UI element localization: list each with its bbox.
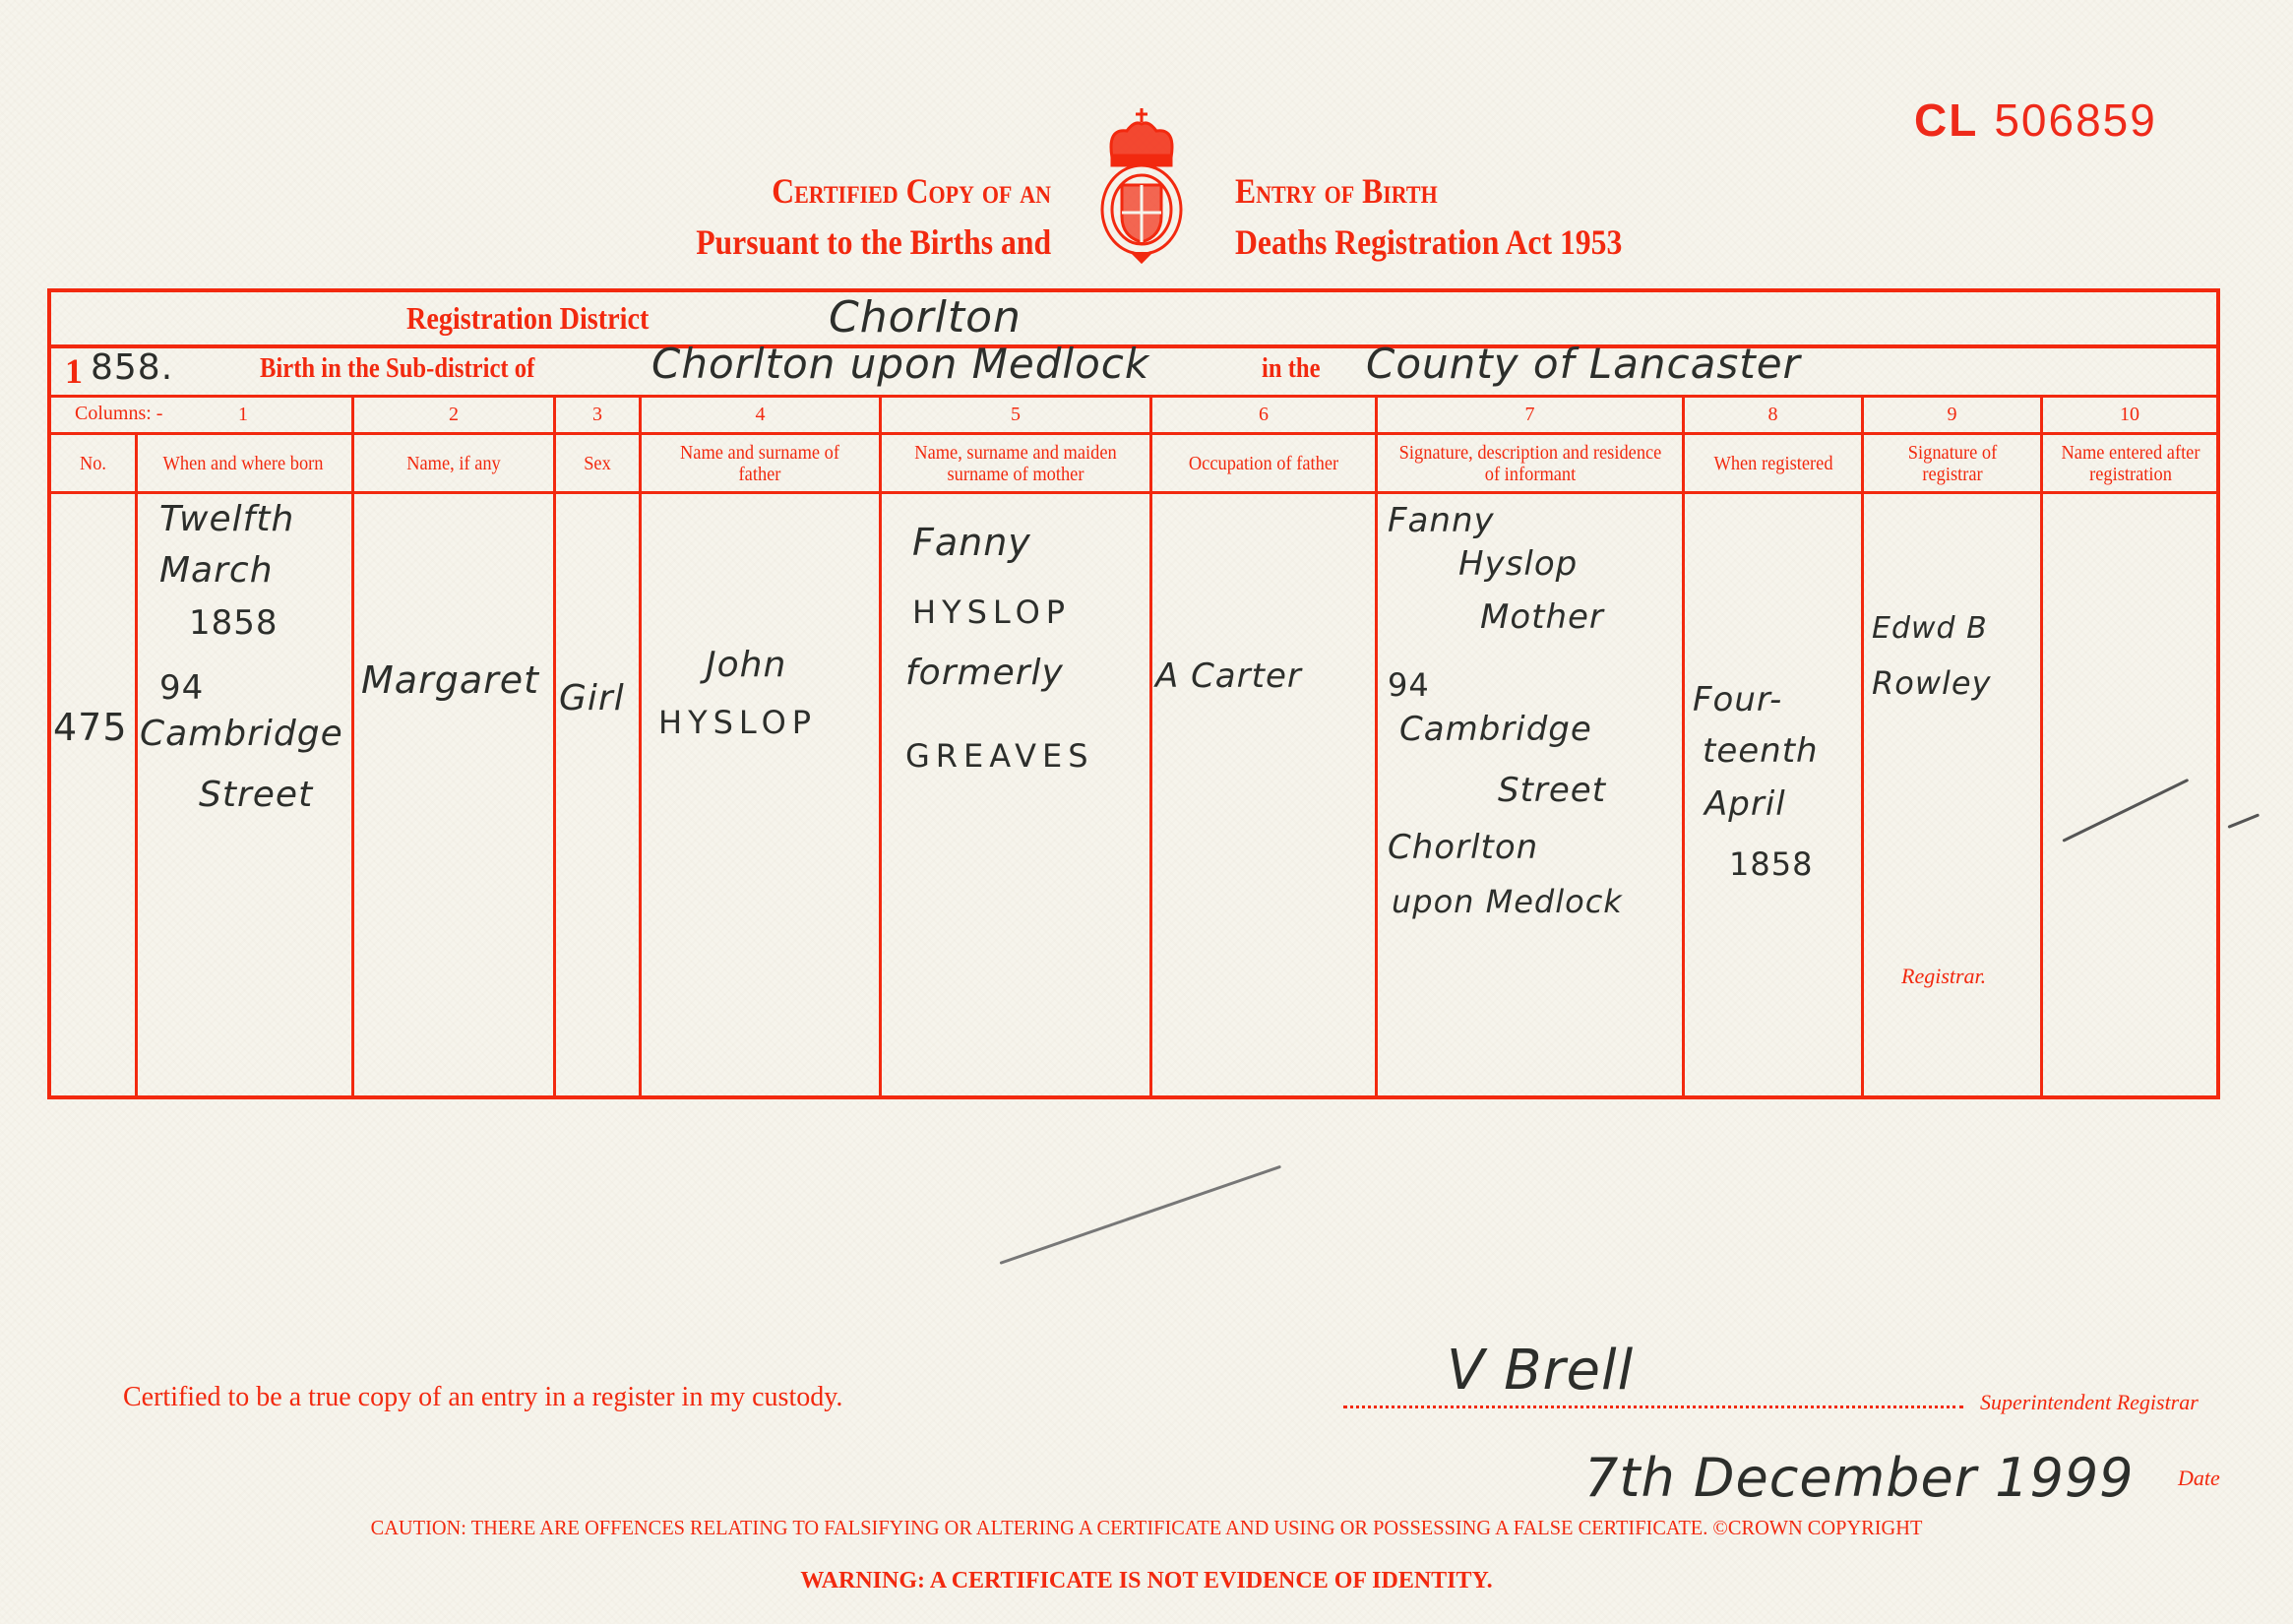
header-no: No. xyxy=(54,435,131,491)
certificate-serial-number: CL506859 xyxy=(1914,94,2157,147)
column-number-7: 7 xyxy=(1378,398,1682,432)
year-prefix: 1 xyxy=(65,350,83,392)
registration-district-value: Chorlton xyxy=(829,292,1022,343)
registration-district-label: Registration District xyxy=(406,300,649,337)
serial-number: 506859 xyxy=(1994,94,2157,146)
caution-notice: CAUTION: THERE ARE OFFENCES RELATING TO … xyxy=(34,1516,2259,1540)
superintendent-signature: V Brell xyxy=(1447,1339,1634,1403)
column-number-2: 2 xyxy=(354,398,553,432)
year-handwritten: 858. xyxy=(91,347,173,388)
registrar-label: Registrar. xyxy=(1901,964,1986,989)
header-name: Name, if any xyxy=(362,435,545,491)
header-registrar-signature: Signature of registrar xyxy=(1890,435,2016,491)
header-sex: Sex xyxy=(559,435,635,491)
title-right-line1: Entry of Birth xyxy=(1235,165,1622,217)
header-name-after-registration: Name entered after registration xyxy=(2056,435,2206,491)
column-number-5: 5 xyxy=(882,398,1149,432)
title-left: Certified Copy of an Pursuant to the Bir… xyxy=(696,165,1051,268)
header-when-registered: When registered xyxy=(1710,435,1837,491)
entry-sex: Girl xyxy=(559,678,625,718)
entry-occupation: A Carter xyxy=(1155,656,1302,696)
header-occupation: Occupation of father xyxy=(1161,435,1366,491)
column-number-9: 9 xyxy=(1864,398,2040,432)
county-label: in the xyxy=(1262,353,1321,385)
cancellation-stroke xyxy=(2227,813,2260,829)
subdistrict-label: Birth in the Sub-district of xyxy=(260,353,534,385)
serial-prefix: CL xyxy=(1914,94,1978,146)
column-number-1: 1 xyxy=(135,398,351,432)
register-entry-table: Registration District Chorlton 1 858. Bi… xyxy=(47,288,2220,1099)
column-number-10: 10 xyxy=(2043,398,2216,432)
superintendent-registrar-label: Superintendent Registrar xyxy=(1980,1390,2199,1415)
column-number-4: 4 xyxy=(642,398,879,432)
header-father: Name and surname of father xyxy=(669,435,850,491)
title-right-line2: Deaths Registration Act 1953 xyxy=(1235,217,1622,268)
header-when-where-born: When and where born xyxy=(153,435,334,491)
column-number-3: 3 xyxy=(556,398,639,432)
certified-statement: Certified to be a true copy of an entry … xyxy=(123,1382,842,1413)
entry-no: 475 xyxy=(53,706,128,749)
certificate-date: 7th December 1999 xyxy=(1584,1447,2135,1509)
warning-notice: WARNING: A CERTIFICATE IS NOT EVIDENCE O… xyxy=(0,1568,2293,1594)
title-right: Entry of Birth Deaths Registration Act 1… xyxy=(1235,165,1622,268)
royal-crest-icon xyxy=(1087,106,1196,269)
header-mother: Name, surname and maiden surname of moth… xyxy=(901,435,1130,491)
title-left-line1: Certified Copy of an xyxy=(696,165,1051,217)
column-number-8: 8 xyxy=(1685,398,1861,432)
cancellation-stroke xyxy=(1000,1165,1282,1265)
signature-line xyxy=(1343,1405,1963,1408)
title-left-line2: Pursuant to the Births and xyxy=(696,217,1051,268)
county-value: County of Lancaster xyxy=(1366,340,1801,388)
entry-name-after-registration xyxy=(2043,499,2216,1090)
header-informant: Signature, description and residence of … xyxy=(1399,435,1662,491)
subdistrict-value: Chorlton upon Medlock xyxy=(651,340,1149,388)
entry-name: Margaret xyxy=(361,658,539,702)
date-label: Date xyxy=(2178,1466,2220,1491)
column-number-6: 6 xyxy=(1152,398,1375,432)
